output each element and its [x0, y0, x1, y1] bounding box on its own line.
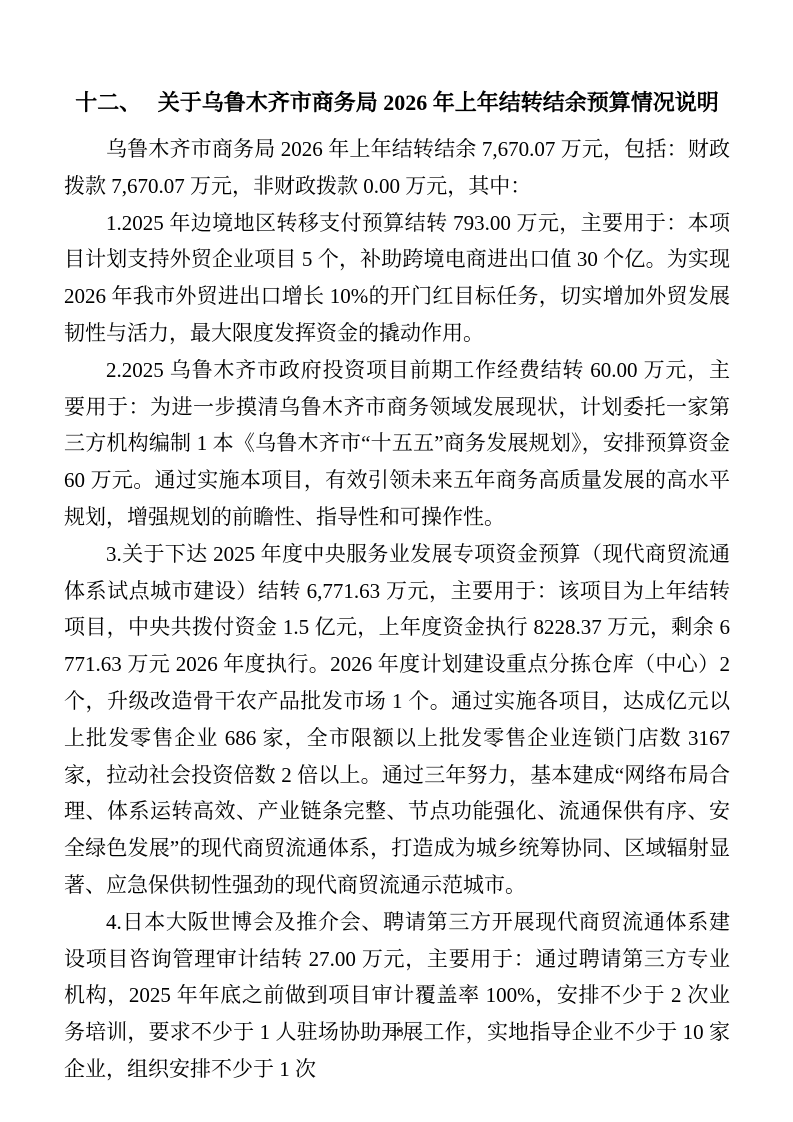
- paragraph-item-3: 3.关于下达 2025 年度中央服务业发展专项资金预算（现代商贸流通体系试点城市…: [64, 536, 730, 904]
- paragraph-item-2: 2.2025 乌鲁木齐市政府投资项目前期工作经费结转 60.00 万元，主要用于…: [64, 352, 730, 536]
- document-page: 十二、 关于乌鲁木齐市商务局 2026 年上年结转结余预算情况说明 乌鲁木齐市商…: [0, 0, 793, 1122]
- document-content: 十二、 关于乌鲁木齐市商务局 2026 年上年结转结余预算情况说明 乌鲁木齐市商…: [64, 88, 730, 1088]
- paragraph-item-1: 1.2025 年边境地区转移支付预算结转 793.00 万元，主要用于：本项目计…: [64, 205, 730, 352]
- paragraph-item-4: 4.日本大阪世博会及推介会、聘请第三方开展现代商贸流通体系建设项目咨询管理审计结…: [64, 904, 730, 1088]
- paragraph-summary: 乌鲁木齐市商务局 2026 年上年结转结余 7,670.07 万元，包括：财政拨…: [64, 131, 730, 205]
- page-number: 28: [0, 1024, 793, 1042]
- document-title: 十二、 关于乌鲁木齐市商务局 2026 年上年结转结余预算情况说明: [64, 88, 730, 118]
